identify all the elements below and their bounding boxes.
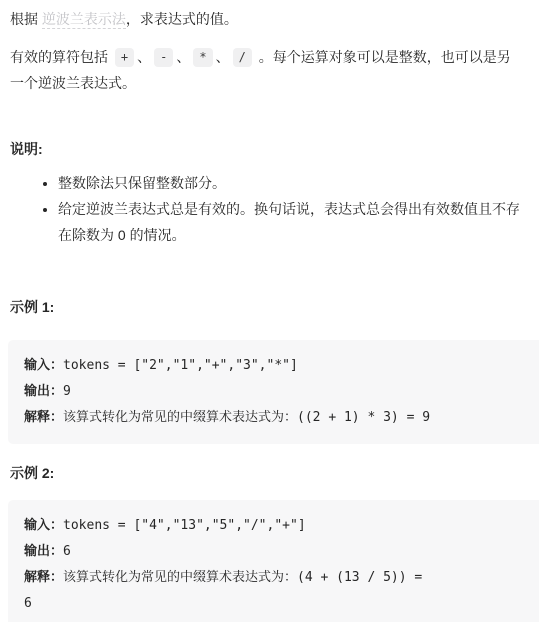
intro-prefix: 根据 (10, 11, 42, 27)
code-line: 6 (24, 591, 539, 617)
notes-list: 整数除法只保留整数部分。给定逆波兰表达式总是有效的。换句话说，表达式总会得出有效… (10, 170, 539, 248)
code-text: 6 (63, 544, 71, 559)
problem-description: 根据 逆波兰表示法，求表达式的值。 有效的算符包括 +、-、*、/ 。每个运算对… (0, 0, 539, 622)
code-text: 该算式转化为常见的中缀算术表达式为：(4 + (13 / 5)) = (63, 570, 422, 585)
code-line: 解释：该算式转化为常见的中缀算术表达式为：(4 + (13 / 5)) = (24, 565, 539, 591)
inline-code-operator: / (233, 48, 252, 67)
io-label: 解释： (24, 410, 63, 425)
code-text: 9 (63, 384, 71, 399)
intro-suffix: ，求表达式的值。 (126, 11, 238, 27)
code-text: 该算式转化为常见的中缀算术表达式为：((2 + 1) * 3) = 9 (63, 410, 430, 425)
note-item: 整数除法只保留整数部分。 (58, 170, 539, 196)
text-run: 、 (216, 49, 230, 65)
code-line: 输出：9 (24, 379, 539, 405)
inline-code-operator: - (154, 48, 173, 67)
code-line: 输入：tokens = ["2","1","+","3","*"] (24, 353, 539, 379)
io-label: 解释： (24, 570, 63, 585)
inline-code-operator: * (193, 48, 212, 67)
io-label: 输入： (24, 518, 63, 533)
io-label: 输出： (24, 544, 63, 559)
example-2-code-block: 输入：tokens = ["4","13","5","/","+"]输出：6解释… (8, 500, 539, 622)
operators-line-2: 一个逆波兰表达式。 (10, 70, 539, 96)
rpn-link[interactable]: 逆波兰表示法 (42, 11, 126, 29)
text-run: 、 (176, 49, 190, 65)
example-1-code-block: 输入：tokens = ["2","1","+","3","*"]输出：9解释：… (8, 340, 539, 444)
code-line: 输入：tokens = ["4","13","5","/","+"] (24, 513, 539, 539)
inline-code-operator: + (115, 48, 134, 67)
intro-paragraph: 根据 逆波兰表示法，求表达式的值。 (10, 6, 539, 32)
notes-heading: 说明: (10, 136, 539, 162)
io-label: 输出： (24, 384, 63, 399)
code-text: tokens = ["2","1","+","3","*"] (63, 358, 298, 373)
operators-paragraph: 有效的算符包括 +、-、*、/ 。每个运算对象可以是整数，也可以是另 一个逆波兰… (10, 44, 539, 96)
code-text: tokens = ["4","13","5","/","+"] (63, 518, 306, 533)
operators-line-1: 有效的算符包括 +、-、*、/ 。每个运算对象可以是整数，也可以是另 (10, 44, 539, 70)
text-run: 有效的算符包括 (10, 49, 112, 65)
io-label: 输入： (24, 358, 63, 373)
example-2-heading: 示例 2: (10, 460, 539, 486)
example-1-heading: 示例 1: (10, 294, 539, 320)
code-line: 输出：6 (24, 539, 539, 565)
text-run: 。每个运算对象可以是整数，也可以是另 (255, 49, 511, 65)
note-item: 给定逆波兰表达式总是有效的。换句话说，表达式总会得出有效数值且不存在除数为 0 … (58, 196, 539, 248)
text-run: 、 (137, 49, 151, 65)
code-line: 解释：该算式转化为常见的中缀算术表达式为：((2 + 1) * 3) = 9 (24, 405, 539, 431)
code-text: 6 (24, 596, 32, 611)
